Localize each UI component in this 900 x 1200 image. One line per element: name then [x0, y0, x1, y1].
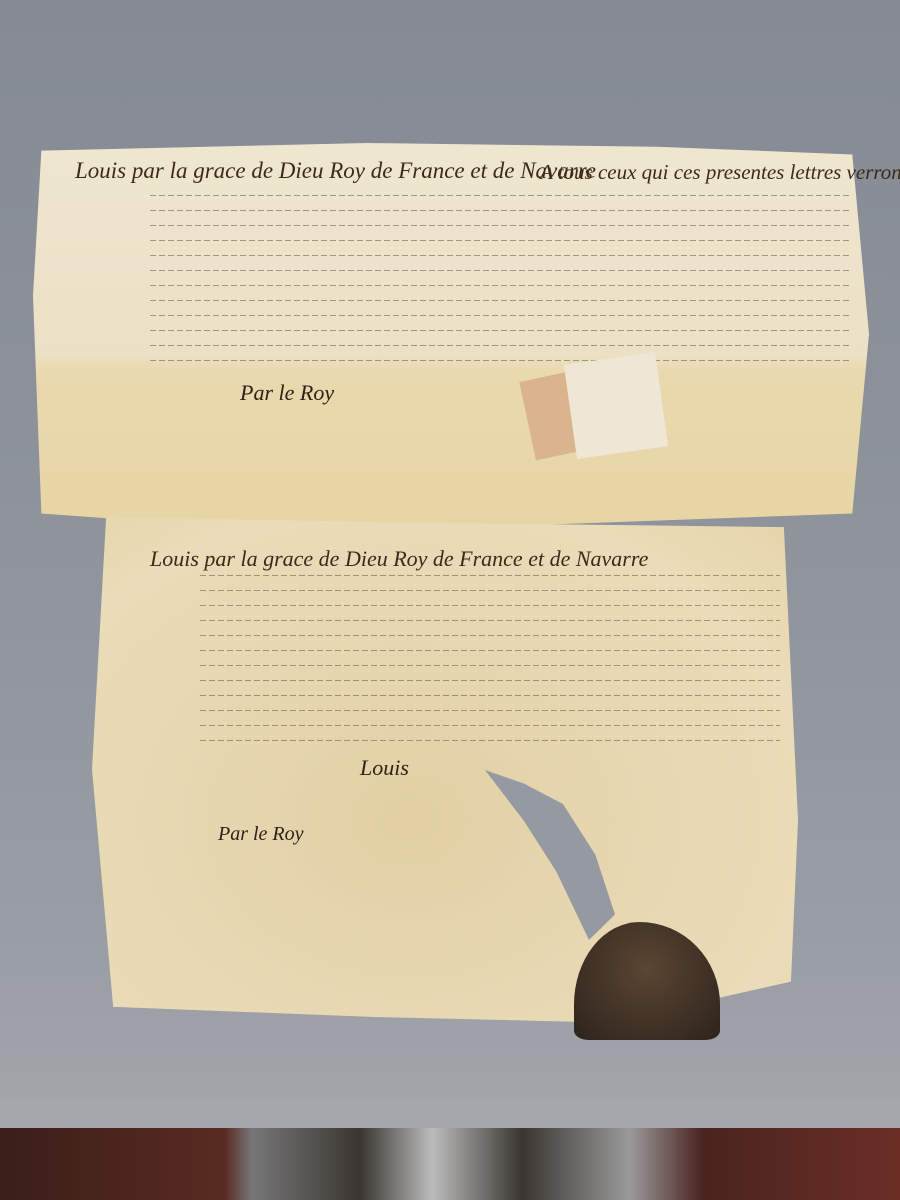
- document-1-heading: Louis par la grace de Dieu Roy de France…: [75, 158, 596, 184]
- document-2-heading: Louis par la grace de Dieu Roy de France…: [150, 546, 648, 572]
- royal-signature: Louis: [360, 755, 409, 781]
- vellum-tab: [564, 352, 668, 459]
- document-1-signature: Par le Roy: [240, 380, 334, 406]
- document-1-heading-right: A tous ceux qui ces presentes lettres ve…: [540, 160, 900, 185]
- document-2-signature: Par le Roy: [218, 823, 304, 846]
- floor-background: [0, 1128, 900, 1200]
- document-2-body-text: [200, 575, 780, 755]
- document-1-body-text: [150, 195, 850, 375]
